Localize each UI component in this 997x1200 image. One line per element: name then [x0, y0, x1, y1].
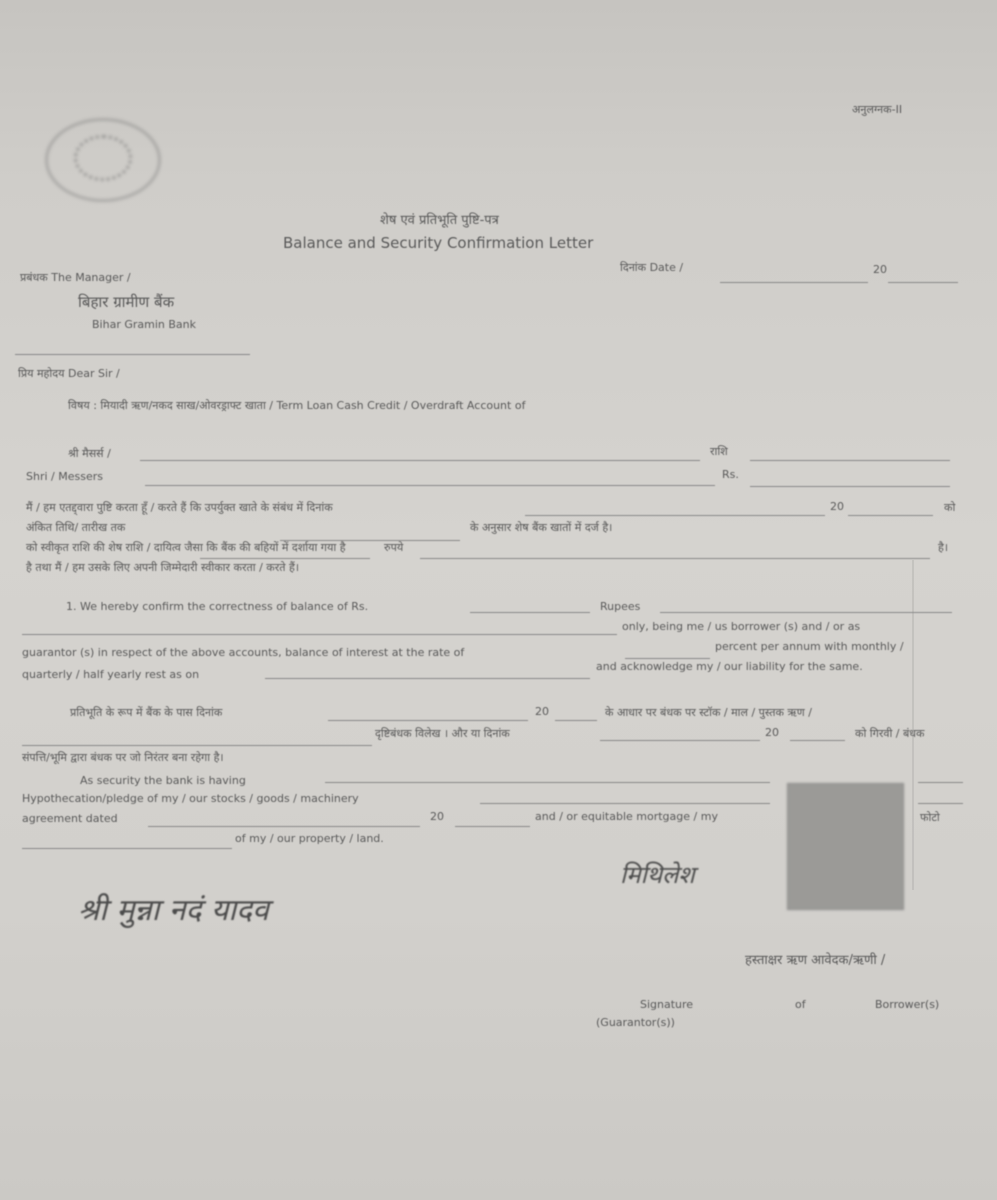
- security-hindi-line-2: दृष्टिबंधक विलेख । और या दिनांक: [375, 726, 510, 741]
- rupees-english-field-2[interactable]: [22, 634, 617, 635]
- rest-date-field[interactable]: [265, 678, 590, 679]
- security-english-line-4: and / or equitable mortgage / my: [535, 810, 718, 823]
- sanction-amount-field[interactable]: [200, 558, 370, 559]
- title-hindi: शेष एवं प्रतिभूति पुष्टि-पत्र: [380, 210, 499, 228]
- security-hindi-line-2-right: को गिरवी / बंधक: [855, 726, 925, 741]
- interest-rate-field[interactable]: [625, 658, 710, 659]
- security-hindi-line-1-right: के आधार पर बंधक पर स्टॉक / माल / पुस्तक …: [605, 705, 812, 720]
- security-date-field[interactable]: [328, 720, 528, 721]
- signature-of-label: of: [795, 998, 806, 1011]
- signature-hindi-label: हस्ताक्षर ऋण आवेदक/ऋणी /: [745, 950, 885, 968]
- security-english-field-2[interactable]: [480, 803, 770, 804]
- borrower-photo: [787, 783, 904, 910]
- annexure-label: अनुलग्नक-II: [852, 102, 902, 117]
- borrower-name-field[interactable]: [140, 460, 700, 461]
- body-english-line-2: only, being me / us borrower (s) and / o…: [622, 620, 860, 633]
- body-english-rupees: Rupees: [600, 600, 640, 613]
- confirm-amount-field[interactable]: [470, 612, 590, 613]
- salutation: प्रिय महोदय Dear Sir /: [18, 366, 120, 381]
- confirm-date-field[interactable]: [525, 515, 825, 516]
- signature-borrower-label: Borrower(s): [875, 998, 939, 1011]
- security-english-line-1: As security the bank is having: [80, 774, 246, 787]
- borrower-name-english-label: Shri / Messers: [26, 470, 103, 483]
- confirm-year-field[interactable]: [848, 515, 933, 516]
- borrower-name-english-field[interactable]: [145, 485, 715, 486]
- amount-english-field[interactable]: [750, 486, 950, 487]
- amount-hindi-label: राशि: [710, 444, 728, 459]
- security-year-1: 20: [535, 705, 549, 718]
- handwritten-name-left: श्री मुन्ना नदं यादव: [78, 888, 269, 929]
- security-english-line-2: Hypothecation/pledge of my / our stocks …: [22, 792, 359, 805]
- amount-english-label: Rs.: [722, 468, 739, 481]
- branch-field[interactable]: [15, 354, 250, 355]
- title-english: Balance and Security Confirmation Letter: [283, 234, 593, 252]
- amount-field[interactable]: [750, 460, 950, 461]
- bank-name-english: Bihar Gramin Bank: [92, 318, 196, 331]
- agreement-year-field[interactable]: [455, 826, 530, 827]
- agreement-date-field[interactable]: [148, 826, 420, 827]
- body-hindi-line-2-right: के अनुसार शेष बैंक खातों में दर्ज है।: [470, 520, 612, 535]
- security-hindi-line-1: प्रतिभूति के रूप में बैंक के पास दिनांक: [70, 705, 222, 720]
- borrower-name-hindi-label: श्री मैसर्स /: [68, 446, 111, 461]
- subject-line: विषय : मियादी ऋण/नकद साख/ओवरड्राफ्ट खाता…: [68, 398, 525, 413]
- security-year-field-1[interactable]: [555, 720, 597, 721]
- rupees-words-field[interactable]: [420, 558, 930, 559]
- signature-guarantor-label: (Guarantor(s)): [596, 1016, 675, 1029]
- mortgage-year-field[interactable]: [790, 740, 845, 741]
- body-english-line-3: guarantor (s) in respect of the above ac…: [22, 646, 464, 659]
- body-hindi-rupees: रुपये: [384, 540, 403, 555]
- security-side-field-2[interactable]: [918, 803, 963, 804]
- body-english-line-5: quarterly / half yearly rest as on: [22, 668, 199, 681]
- body-english-line-4: percent per annum with monthly /: [715, 640, 904, 653]
- body-hindi-hai: है।: [938, 540, 948, 555]
- document-page: अनुलग्नक-II शेष एवं प्रतिभूति पुष्टि-पत्…: [0, 0, 997, 1200]
- paper-fold-crease: [912, 560, 914, 890]
- date-year-field[interactable]: [888, 282, 958, 283]
- body-english-line-6: and acknowledge my / our liability for t…: [596, 660, 863, 673]
- body-hindi-line-4: है तथा मैं / हम उसके लिए अपनी जिम्मेदारी…: [26, 560, 299, 575]
- signature-english-label: Signature: [640, 998, 693, 1011]
- handwritten-signature-right: मिथिलेश: [620, 858, 695, 891]
- body-hindi-line-3: को स्वीकृत राशि की शेष राशि / दायित्व जै…: [26, 540, 346, 555]
- body-hindi-line-2: अंकित तिथि/ तारीख तक: [26, 520, 125, 535]
- security-year-2: 20: [765, 726, 779, 739]
- property-field[interactable]: [22, 848, 232, 849]
- security-detail-field[interactable]: [22, 745, 372, 746]
- to-manager-label: प्रबंधक The Manager /: [20, 270, 131, 285]
- body-hindi-ko: को: [944, 500, 955, 515]
- security-english-field-1[interactable]: [325, 782, 770, 783]
- body-english-line-1: 1. We hereby confirm the correctness of …: [66, 600, 368, 613]
- photo-side-label: फोटो: [920, 810, 940, 825]
- bank-name-hindi: बिहार ग्रामीण बैंक: [78, 292, 174, 312]
- rupees-english-field[interactable]: [660, 612, 952, 613]
- security-side-field-1[interactable]: [918, 782, 963, 783]
- security-english-line-3: agreement dated: [22, 812, 118, 825]
- date-field[interactable]: [720, 282, 868, 283]
- bank-seal-stamp-icon: [45, 118, 161, 202]
- mortgage-date-field[interactable]: [600, 740, 760, 741]
- security-english-year: 20: [430, 810, 444, 823]
- security-english-line-5: of my / our property / land.: [235, 832, 384, 845]
- security-hindi-line-3: संपत्ति/भूमि द्वारा बंधक पर जो निरंतर बन…: [22, 750, 224, 765]
- body-hindi-year: 20: [830, 500, 844, 513]
- date-year: 20: [873, 263, 887, 276]
- body-hindi-line-1: मैं / हम एतद्द्वारा पुष्टि करता हूँ / कर…: [26, 500, 333, 515]
- date-label: दिनांक Date /: [620, 260, 683, 275]
